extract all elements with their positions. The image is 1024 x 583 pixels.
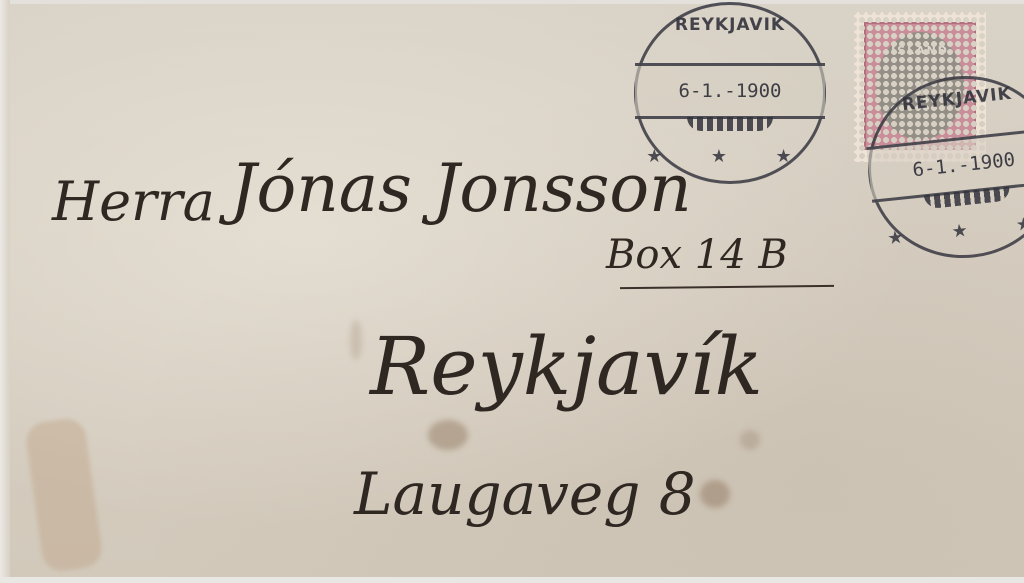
address-salutation: Herra <box>52 170 215 233</box>
ink-stain <box>428 420 468 450</box>
envelope: REYKJAVIK 6-1.-1900 ★ ★ ★ ISLAND 4 REYKJ… <box>0 0 1024 583</box>
stamp-country: ISLAND <box>876 44 964 57</box>
envelope-edge-left <box>0 0 10 583</box>
postmark-bars <box>687 117 773 131</box>
address-box: Box 14 B <box>606 232 788 278</box>
address-name: Jónas Jonsson <box>230 150 692 227</box>
box-underline <box>620 285 834 289</box>
tape-residue <box>24 417 104 574</box>
envelope-edge-bottom <box>0 577 1024 583</box>
postmark-date: 6-1.-1900 <box>635 80 825 102</box>
ink-stain <box>700 480 730 508</box>
postmark-city: REYKJAVIK <box>637 15 823 35</box>
ink-stain <box>350 320 362 360</box>
star-icons: ★ ★ ★ <box>877 210 1024 250</box>
postmark-date: 6-1.-1900 <box>868 144 1024 186</box>
postmark-right: REYKJAVIK 6-1.-1900 ★ ★ ★ <box>859 66 1024 267</box>
address-street: Laugaveg 8 <box>354 460 696 528</box>
postmark-date-band: 6-1.-1900 <box>635 63 825 119</box>
address-city: Reykjavík <box>370 320 763 413</box>
envelope-edge-top <box>0 0 1024 4</box>
ink-stain <box>740 430 760 450</box>
